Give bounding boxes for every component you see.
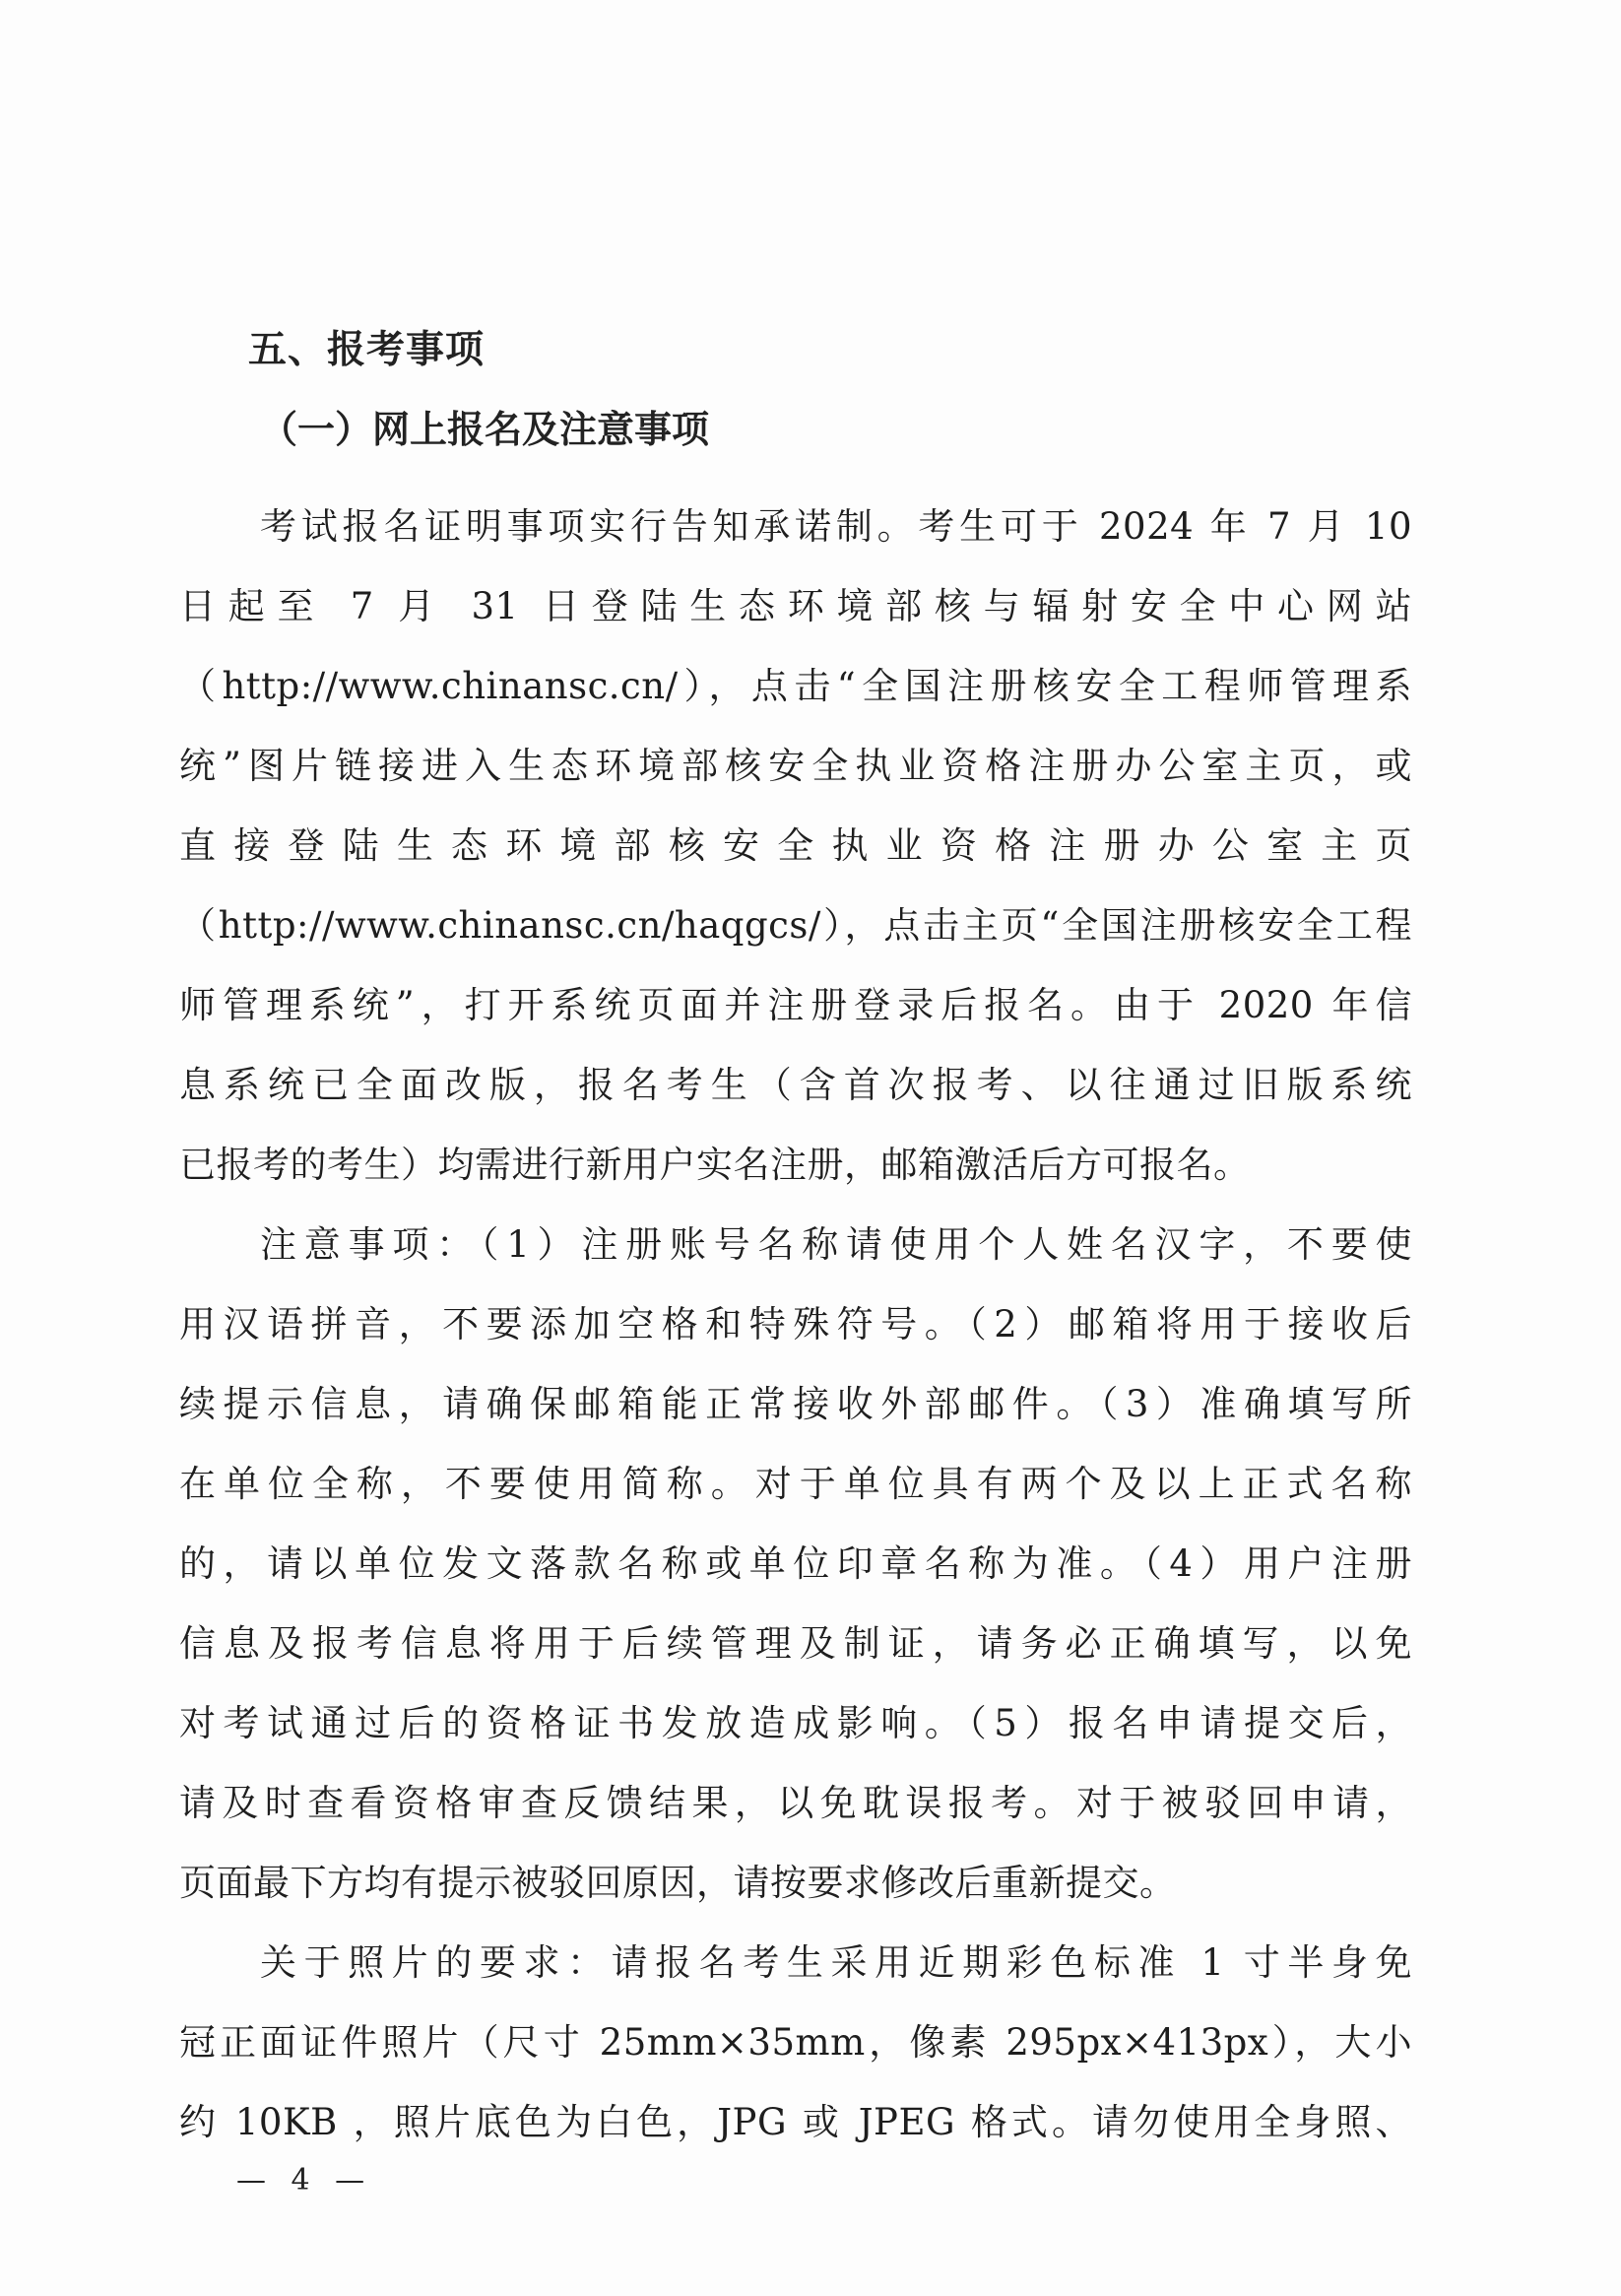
paragraph-line: 在单位全称，不要使用简称。对于单位具有两个及以上正式名称 [179,1444,1412,1524]
paragraph-line: 请及时查看资格审查反馈结果，以免耽误报考。对于被驳回申请， [179,1763,1412,1843]
paragraph-registration-intro: 考试报名证明事项实行告知承诺制。考生可于 2024 年 7 月 10 日起至 7… [179,487,1412,1205]
paragraph-line: 注意事项：（1）注册账号名称请使用个人姓名汉字，不要使 [179,1205,1412,1284]
paragraph-line: 直接登陆生态环境部核安全执业资格注册办公室主页 [179,806,1412,886]
paragraph-photo-requirements: 关于照片的要求：请报名考生采用近期彩色标准 1 寸半身免 冠正面证件照片（尺寸 … [179,1923,1412,2162]
paragraph-line-with-link[interactable]: （http://www.chinansc.cn/），点击“全国注册核安全工程师管… [179,646,1412,726]
paragraph-line: 关于照片的要求：请报名考生采用近期彩色标准 1 寸半身免 [179,1923,1412,2002]
section-heading: 五、报考事项 [248,327,1412,406]
paragraph-line: 信息及报考信息将用于后续管理及制证，请务必正确填写，以免 [179,1604,1412,1683]
document-page: 五、报考事项 （一）网上报名及注意事项 考试报名证明事项实行告知承诺制。考生可于… [0,0,1621,2296]
paragraph-line: 息系统已全面改版，报名考生（含首次报考、以往通过旧版系统 [179,1045,1412,1125]
document-body: 五、报考事项 （一）网上报名及注意事项 考试报名证明事项实行告知承诺制。考生可于… [179,327,1412,2162]
paragraph-line-with-link[interactable]: （http://www.chinansc.cn/haqgcs/），点击主页“全国… [179,886,1412,965]
paragraph-line: 日起至 7 月 31 日登陆生态环境部核与辐射安全中心网站 [179,566,1412,646]
paragraph-line: 的，请以单位发文落款名称或单位印章名称为准。（4）用户注册 [179,1524,1412,1604]
paragraph-line: 冠正面证件照片（尺寸 25mm×35mm，像素 295px×413px），大小 [179,2002,1412,2082]
paragraph-line: 考试报名证明事项实行告知承诺制。考生可于 2024 年 7 月 10 [179,487,1412,566]
paragraph-line: 约 10KB ，照片底色为白色，JPG 或 JPEG 格式。请勿使用全身照、 [179,2082,1412,2162]
paragraph-line: 续提示信息，请确保邮箱能正常接收外部邮件。（3）准确填写所 [179,1364,1412,1444]
paragraph-registration-notes: 注意事项：（1）注册账号名称请使用个人姓名汉字，不要使 用汉语拼音，不要添加空格… [179,1205,1412,1923]
paragraph-line: 用汉语拼音，不要添加空格和特殊符号。（2）邮箱将用于接收后 [179,1284,1412,1364]
sub-heading: （一）网上报名及注意事项 [260,406,1412,487]
paragraph-line: 已报考的考生）均需进行新用户实名注册，邮箱激活后方可报名。 [179,1125,1412,1205]
paragraph-line: 页面最下方均有提示被驳回原因，请按要求修改后重新提交。 [179,1843,1412,1923]
page-number: — 4 — [236,2163,372,2198]
paragraph-line: 师管理系统”，打开系统页面并注册登录后报名。由于 2020 年信 [179,965,1412,1045]
paragraph-line: 对考试通过后的资格证书发放造成影响。（5）报名申请提交后， [179,1683,1412,1763]
paragraph-line: 统”图片链接进入生态环境部核安全执业资格注册办公室主页，或 [179,726,1412,806]
